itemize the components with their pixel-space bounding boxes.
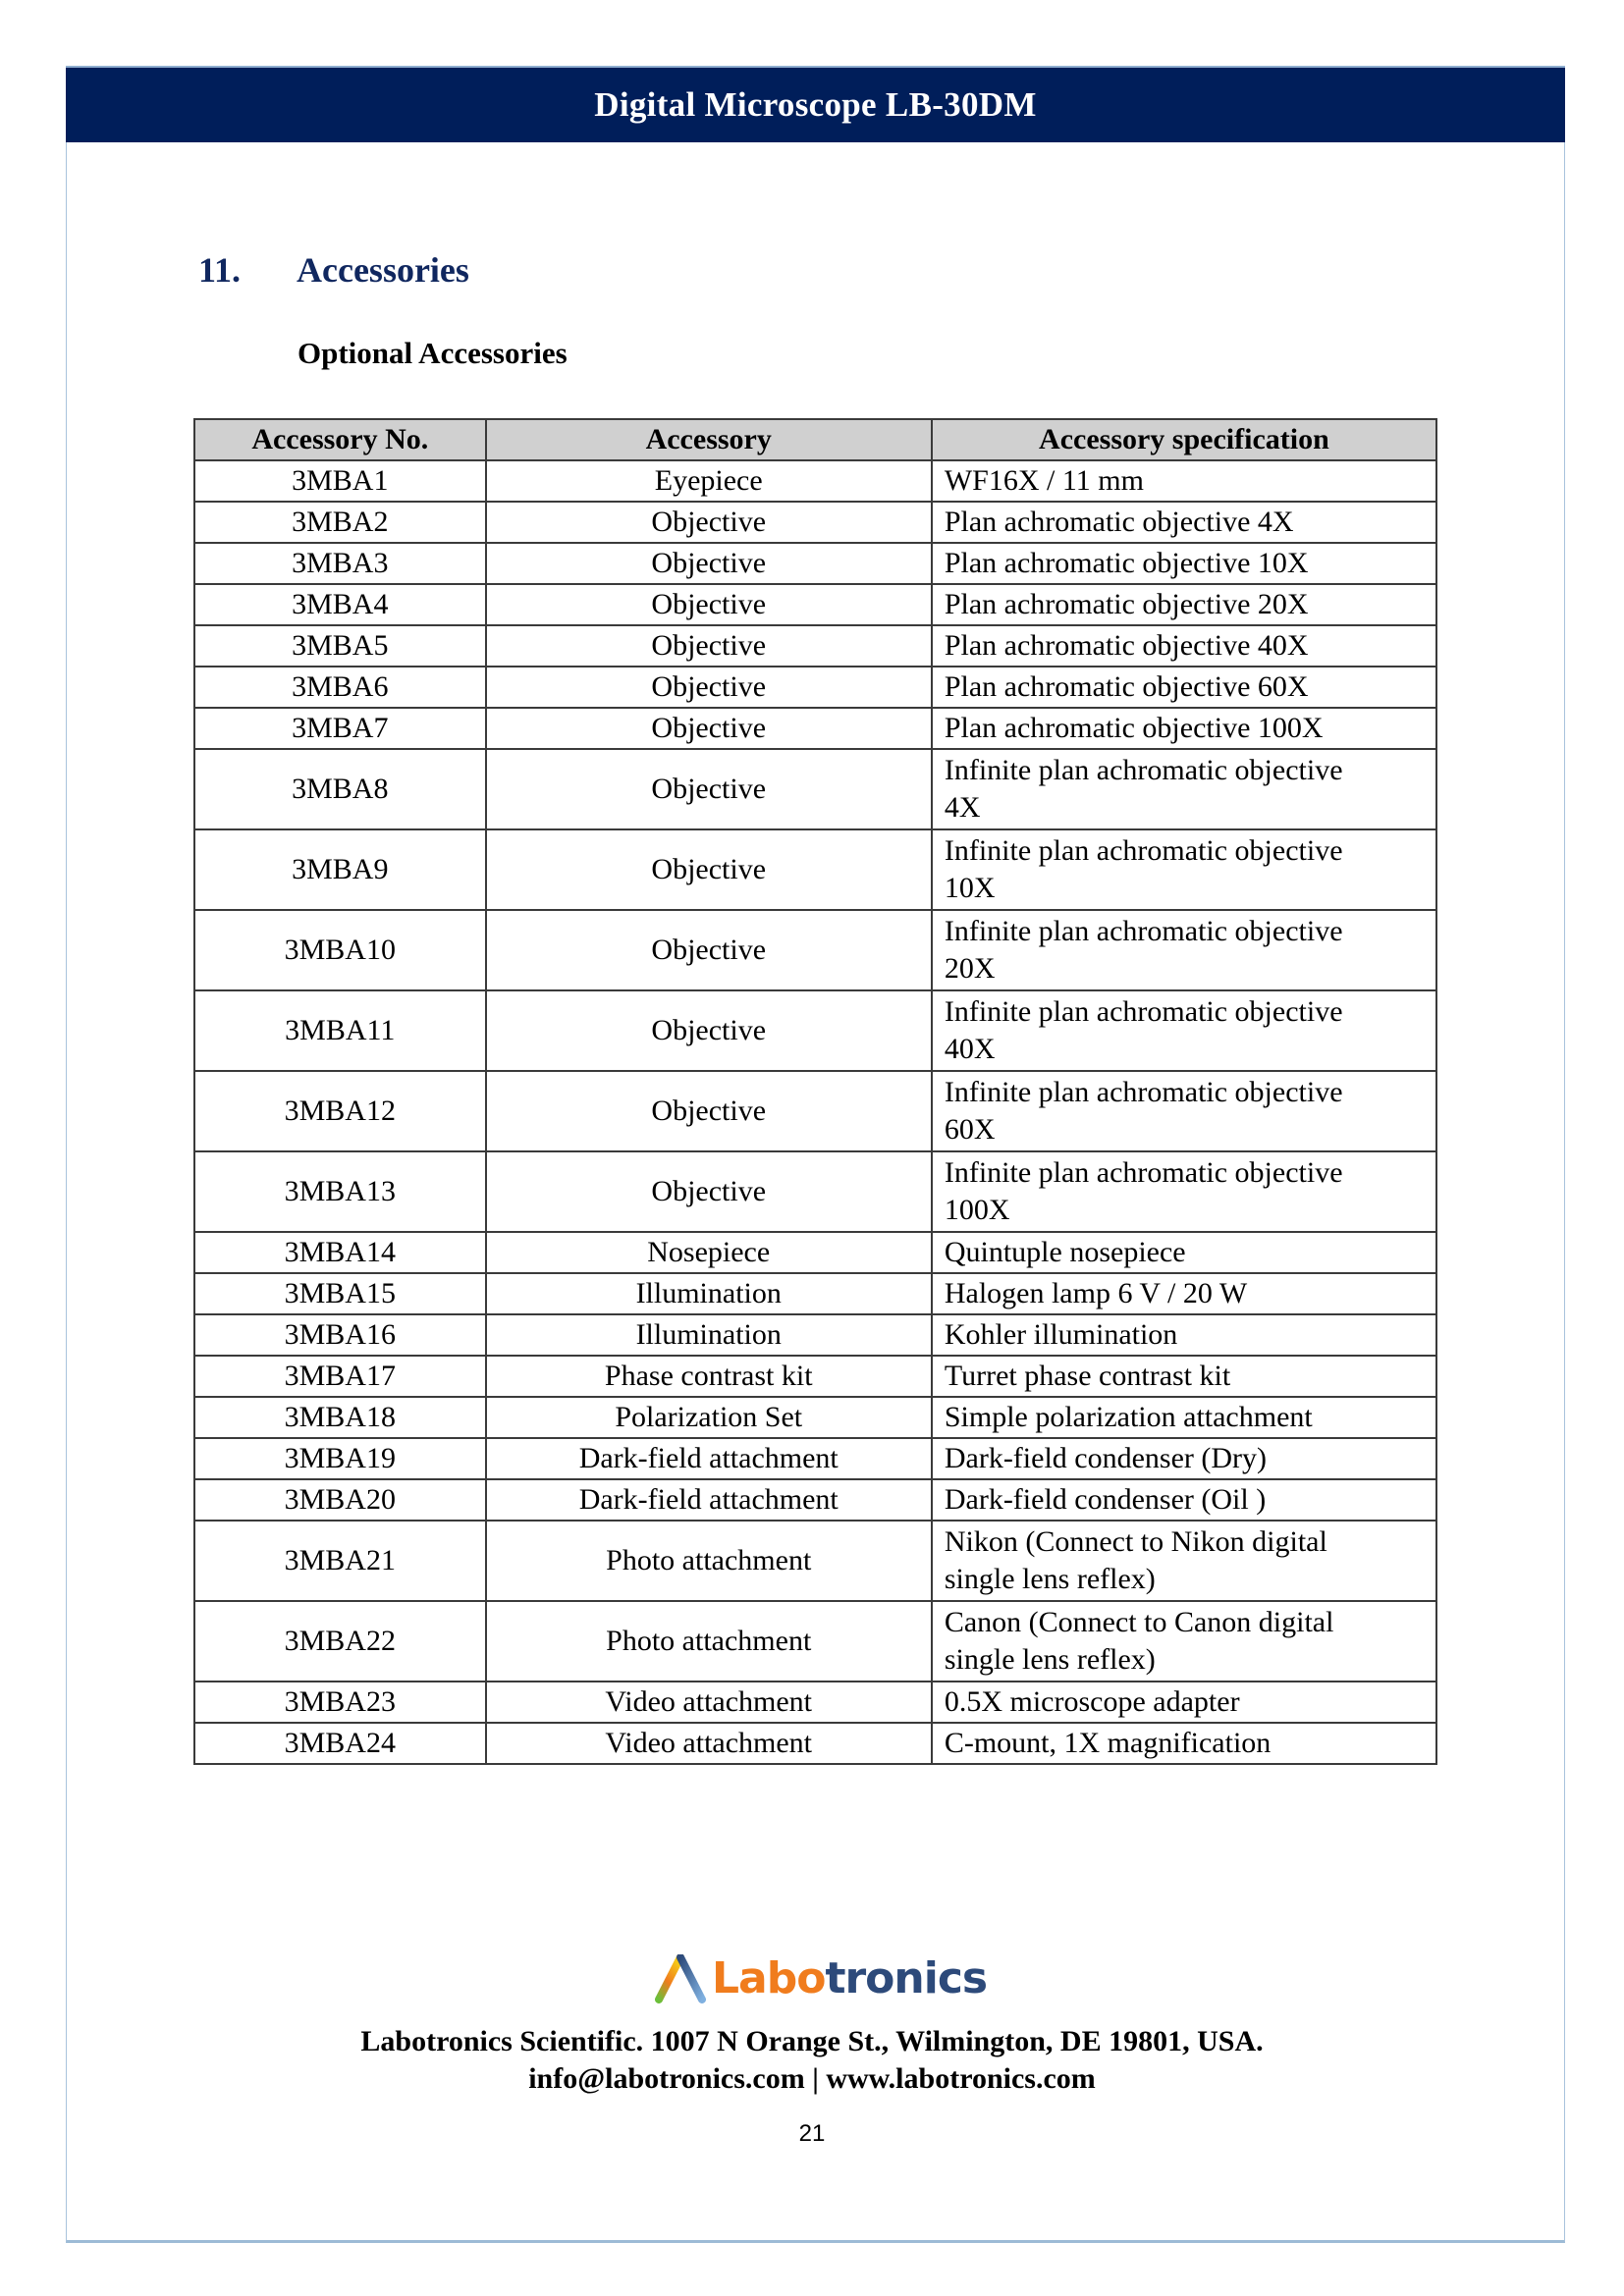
table-row: 3MBA24Video attachmentC-mount, 1X magnif… (194, 1723, 1436, 1764)
specification-line: 40X (945, 1031, 1424, 1068)
cell-accessory-no: 3MBA8 (194, 749, 486, 829)
specification-line: WF16X / 11 mm (945, 461, 1424, 501)
cell-accessory-no: 3MBA4 (194, 584, 486, 625)
specification-line: Infinite plan achromatic objective (945, 1154, 1424, 1192)
table-row: 3MBA4ObjectivePlan achromatic objective … (194, 584, 1436, 625)
table-row: 3MBA7ObjectivePlan achromatic objective … (194, 708, 1436, 749)
column-header-accessory: Accessory (486, 419, 932, 460)
cell-accessory-no: 3MBA18 (194, 1397, 486, 1438)
specification-line: 20X (945, 950, 1424, 988)
specification-line: Infinite plan achromatic objective (945, 913, 1424, 950)
footer-contact: info@labotronics.com | www.labotronics.c… (0, 2062, 1624, 2096)
specification-line: Infinite plan achromatic objective (945, 752, 1424, 789)
company-logo: Labotronics (655, 1953, 987, 2003)
cell-specification: Halogen lamp 6 V / 20 W (932, 1273, 1436, 1314)
cell-accessory-no: 3MBA3 (194, 543, 486, 584)
table-row: 3MBA5ObjectivePlan achromatic objective … (194, 625, 1436, 667)
column-header-specification: Accessory specification (932, 419, 1436, 460)
table-row: 3MBA20Dark-field attachmentDark-field co… (194, 1479, 1436, 1521)
cell-accessory: Objective (486, 708, 932, 749)
cell-accessory: Dark-field attachment (486, 1438, 932, 1479)
cell-accessory: Objective (486, 625, 932, 667)
cell-specification: WF16X / 11 mm (932, 460, 1436, 502)
section-heading: 11.Accessories (198, 249, 469, 291)
cell-specification: Dark-field condenser (Dry) (932, 1438, 1436, 1479)
cell-accessory: Phase contrast kit (486, 1356, 932, 1397)
triangle-logo-icon (655, 1954, 706, 2003)
cell-specification: Simple polarization attachment (932, 1397, 1436, 1438)
specification-line: 0.5X microscope adapter (945, 1682, 1424, 1722)
cell-specification: Quintuple nosepiece (932, 1232, 1436, 1273)
table-row: 3MBA22Photo attachmentCanon (Connect to … (194, 1601, 1436, 1682)
specification-line: Plan achromatic objective 10X (945, 544, 1424, 583)
cell-specification: Plan achromatic objective 4X (932, 502, 1436, 543)
cell-accessory: Dark-field attachment (486, 1479, 932, 1521)
table-header-row: Accessory No. Accessory Accessory specif… (194, 419, 1436, 460)
document-title: Digital Microscope LB-30DM (594, 85, 1036, 125)
cell-specification: Plan achromatic objective 60X (932, 667, 1436, 708)
table-row: 3MBA14NosepieceQuintuple nosepiece (194, 1232, 1436, 1273)
cell-accessory: Objective (486, 667, 932, 708)
cell-specification: Infinite plan achromatic objective60X (932, 1071, 1436, 1151)
cell-accessory: Objective (486, 584, 932, 625)
table-row: 3MBA1EyepieceWF16X / 11 mm (194, 460, 1436, 502)
page-number: 21 (0, 2120, 1624, 2148)
cell-specification: Canon (Connect to Canon digitalsingle le… (932, 1601, 1436, 1682)
specification-line: Turret phase contrast kit (945, 1357, 1424, 1396)
cell-specification: 0.5X microscope adapter (932, 1682, 1436, 1723)
cell-accessory: Objective (486, 502, 932, 543)
specification-line: Infinite plan achromatic objective (945, 993, 1424, 1031)
cell-accessory: Video attachment (486, 1682, 932, 1723)
cell-specification: Plan achromatic objective 100X (932, 708, 1436, 749)
cell-accessory-no: 3MBA16 (194, 1314, 486, 1356)
cell-specification: Turret phase contrast kit (932, 1356, 1436, 1397)
cell-accessory: Polarization Set (486, 1397, 932, 1438)
table-row: 3MBA6ObjectivePlan achromatic objective … (194, 667, 1436, 708)
specification-line: Plan achromatic objective 40X (945, 626, 1424, 666)
cell-accessory: Video attachment (486, 1723, 932, 1764)
logo-wordmark: Labotronics (712, 1953, 987, 2003)
cell-accessory-no: 3MBA14 (194, 1232, 486, 1273)
specification-line: C-mount, 1X magnification (945, 1724, 1424, 1763)
table-row: 3MBA15IlluminationHalogen lamp 6 V / 20 … (194, 1273, 1436, 1314)
header-band: Digital Microscope LB-30DM (66, 66, 1565, 142)
cell-specification: Nikon (Connect to Nikon digitalsingle le… (932, 1521, 1436, 1601)
specification-line: Plan achromatic objective 100X (945, 709, 1424, 748)
section-title: Accessories (297, 250, 469, 290)
table-row: 3MBA12ObjectiveInfinite plan achromatic … (194, 1071, 1436, 1151)
cell-accessory-no: 3MBA22 (194, 1601, 486, 1682)
specification-line: Quintuple nosepiece (945, 1233, 1424, 1272)
table-row: 3MBA8ObjectiveInfinite plan achromatic o… (194, 749, 1436, 829)
specification-line: single lens reflex) (945, 1561, 1424, 1598)
specification-line: 60X (945, 1111, 1424, 1148)
cell-accessory-no: 3MBA21 (194, 1521, 486, 1601)
specification-line: Canon (Connect to Canon digital (945, 1604, 1424, 1641)
table-row: 3MBA10ObjectiveInfinite plan achromatic … (194, 910, 1436, 990)
cell-specification: Infinite plan achromatic objective40X (932, 990, 1436, 1071)
specification-line: Plan achromatic objective 4X (945, 503, 1424, 542)
footer-address: Labotronics Scientific. 1007 N Orange St… (0, 2025, 1624, 2058)
cell-accessory-no: 3MBA7 (194, 708, 486, 749)
cell-accessory-no: 3MBA12 (194, 1071, 486, 1151)
cell-accessory: Objective (486, 1071, 932, 1151)
cell-accessory-no: 3MBA23 (194, 1682, 486, 1723)
cell-accessory-no: 3MBA15 (194, 1273, 486, 1314)
cell-accessory-no: 3MBA5 (194, 625, 486, 667)
table-row: 3MBA11ObjectiveInfinite plan achromatic … (194, 990, 1436, 1071)
cell-accessory-no: 3MBA9 (194, 829, 486, 910)
specification-line: Infinite plan achromatic objective (945, 1074, 1424, 1111)
cell-accessory-no: 3MBA20 (194, 1479, 486, 1521)
cell-accessory-no: 3MBA24 (194, 1723, 486, 1764)
column-header-accessory-no: Accessory No. (194, 419, 486, 460)
cell-specification: C-mount, 1X magnification (932, 1723, 1436, 1764)
cell-accessory-no: 3MBA17 (194, 1356, 486, 1397)
cell-accessory: Objective (486, 543, 932, 584)
cell-specification: Infinite plan achromatic objective100X (932, 1151, 1436, 1232)
cell-accessory-no: 3MBA1 (194, 460, 486, 502)
cell-specification: Plan achromatic objective 10X (932, 543, 1436, 584)
table-row: 3MBA21Photo attachmentNikon (Connect to … (194, 1521, 1436, 1601)
cell-specification: Plan achromatic objective 20X (932, 584, 1436, 625)
cell-specification: Infinite plan achromatic objective20X (932, 910, 1436, 990)
cell-accessory: Eyepiece (486, 460, 932, 502)
accessories-table: Accessory No. Accessory Accessory specif… (193, 418, 1437, 1765)
table-row: 3MBA16IlluminationKohler illumination (194, 1314, 1436, 1356)
specification-line: single lens reflex) (945, 1641, 1424, 1679)
cell-accessory: Photo attachment (486, 1521, 932, 1601)
table-row: 3MBA9ObjectiveInfinite plan achromatic o… (194, 829, 1436, 910)
table-row: 3MBA23Video attachment0.5X microscope ad… (194, 1682, 1436, 1723)
cell-specification: Dark-field condenser (Oil ) (932, 1479, 1436, 1521)
table-row: 3MBA18Polarization SetSimple polarizatio… (194, 1397, 1436, 1438)
cell-specification: Infinite plan achromatic objective4X (932, 749, 1436, 829)
specification-line: Plan achromatic objective 60X (945, 667, 1424, 707)
cell-specification: Kohler illumination (932, 1314, 1436, 1356)
table-row: 3MBA19Dark-field attachmentDark-field co… (194, 1438, 1436, 1479)
cell-accessory-no: 3MBA19 (194, 1438, 486, 1479)
cell-accessory: Illumination (486, 1273, 932, 1314)
specification-line: 4X (945, 789, 1424, 827)
cell-accessory-no: 3MBA6 (194, 667, 486, 708)
specification-line: 100X (945, 1192, 1424, 1229)
specification-line: 10X (945, 870, 1424, 907)
specification-line: Halogen lamp 6 V / 20 W (945, 1274, 1424, 1313)
subsection-title: Optional Accessories (298, 336, 568, 371)
section-number: 11. (198, 249, 297, 291)
table-row: 3MBA2ObjectivePlan achromatic objective … (194, 502, 1436, 543)
cell-accessory: Objective (486, 990, 932, 1071)
cell-accessory-no: 3MBA11 (194, 990, 486, 1071)
cell-accessory: Illumination (486, 1314, 932, 1356)
specification-line: Nikon (Connect to Nikon digital (945, 1523, 1424, 1561)
cell-specification: Infinite plan achromatic objective10X (932, 829, 1436, 910)
table-row: 3MBA17Phase contrast kitTurret phase con… (194, 1356, 1436, 1397)
specification-line: Simple polarization attachment (945, 1398, 1424, 1437)
table-body: 3MBA1EyepieceWF16X / 11 mm3MBA2Objective… (194, 460, 1436, 1764)
table-row: 3MBA13ObjectiveInfinite plan achromatic … (194, 1151, 1436, 1232)
specification-line: Infinite plan achromatic objective (945, 832, 1424, 870)
cell-accessory: Objective (486, 1151, 932, 1232)
cell-accessory-no: 3MBA2 (194, 502, 486, 543)
table-row: 3MBA3ObjectivePlan achromatic objective … (194, 543, 1436, 584)
specification-line: Plan achromatic objective 20X (945, 585, 1424, 624)
cell-accessory: Objective (486, 749, 932, 829)
cell-accessory: Nosepiece (486, 1232, 932, 1273)
cell-accessory-no: 3MBA10 (194, 910, 486, 990)
specification-line: Dark-field condenser (Oil ) (945, 1480, 1424, 1520)
cell-accessory: Photo attachment (486, 1601, 932, 1682)
specification-line: Dark-field condenser (Dry) (945, 1439, 1424, 1478)
cell-accessory-no: 3MBA13 (194, 1151, 486, 1232)
cell-accessory: Objective (486, 829, 932, 910)
cell-accessory: Objective (486, 910, 932, 990)
cell-specification: Plan achromatic objective 40X (932, 625, 1436, 667)
specification-line: Kohler illumination (945, 1315, 1424, 1355)
